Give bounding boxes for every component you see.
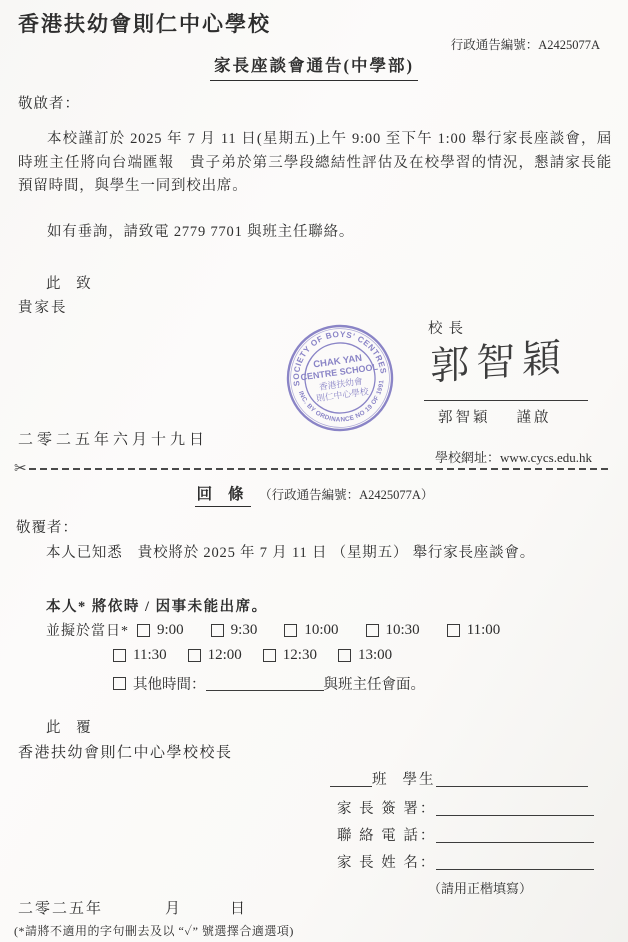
time-option-1100: 11:00 — [447, 622, 501, 639]
other-time-suffix: 與班主任會面。 — [324, 673, 426, 694]
time-option-1230: 12:30 — [263, 647, 317, 664]
time-option-1130: 11:30 — [113, 647, 167, 664]
time-label: 11:30 — [133, 647, 167, 664]
parent-name-blank-field[interactable] — [436, 855, 594, 870]
signature-line — [424, 400, 588, 401]
time-option-900: 9:00 — [137, 622, 184, 639]
other-time-label: 其他時間： — [133, 673, 206, 694]
letter-addressee: 貴家長 — [18, 296, 68, 317]
time-option-1200: 12:00 — [188, 647, 242, 664]
reply-slip-notice-number: （行政通告編號：A2425077A） — [259, 488, 433, 502]
contact-phone-label: 聯 絡 電 話： — [337, 828, 436, 844]
parent-signature-label: 家 長 簽 署： — [337, 801, 436, 817]
reply-closing: 此 覆 — [46, 716, 97, 737]
reply-acknowledgement: 本人已知悉 貴校將於 2025 年 7 月 11 日 （星期五） 舉行家長座談會… — [46, 541, 535, 562]
time-label: 12:30 — [283, 647, 317, 664]
parent-name-row: 家 長 姓 名： — [337, 851, 594, 872]
reply-slip-title-row: 回 條 （行政通告編號：A2425077A） — [0, 482, 628, 504]
time-option-1300: 13:00 — [338, 647, 392, 664]
school-stamp: SOCIETY OF BOYS' CENTRES INC. BY ORDINAN… — [277, 315, 403, 441]
time-label: 9:30 — [231, 622, 258, 639]
time-option-930: 9:30 — [211, 622, 258, 639]
cut-here-line: ✂ — [14, 461, 612, 477]
attendance-choice-line: 本人* 將依時 / 因事未能出席。 — [46, 595, 268, 616]
checkbox-1000[interactable] — [284, 624, 297, 637]
other-time-row: 其他時間： 與班主任會面。 — [113, 673, 425, 694]
checkbox-other-time[interactable] — [113, 677, 126, 690]
class-student-row: 班學生 — [330, 768, 588, 789]
contact-phone-blank-field[interactable] — [436, 828, 594, 843]
scanned-notice-page: 香港扶幼會則仁中心學校 行政通告編號：A2425077A 家長座談會通告(中學部… — [0, 0, 628, 942]
time-label: 10:30 — [386, 622, 420, 639]
checkbox-930[interactable] — [211, 624, 224, 637]
title-row: 家長座談會通告(中學部) — [0, 52, 628, 81]
signature-printed-name: 郭智穎謹啟 — [438, 406, 552, 427]
parent-signature-blank-field[interactable] — [436, 801, 594, 816]
time-label: 13:00 — [358, 647, 392, 664]
letter-paragraph-1: 本校謹訂於 2025 年 7 月 11 日(星期五)上午 9:00 至下午 1:… — [18, 128, 612, 199]
time-option-1030: 10:30 — [366, 622, 420, 639]
footnote-instructions: (*請將不適用的字句刪去及以 “✓” 號選擇合適選項) — [14, 922, 294, 939]
time-prefix-label: 並擬於當日* — [46, 620, 129, 640]
admin-notice-number: 行政通告編號：A2425077A — [451, 35, 600, 53]
page-title: 家長座談會通告(中學部) — [210, 52, 418, 81]
class-blank-field[interactable] — [330, 772, 372, 787]
class-suffix-label: 班 — [372, 772, 389, 788]
reply-date-month: 月 — [165, 901, 182, 917]
other-time-blank-field[interactable] — [206, 676, 324, 691]
parent-signature-row: 家 長 簽 署： — [337, 797, 594, 818]
principal-signature-handwriting: 郭智穎 — [430, 324, 595, 392]
time-options-row-1: 並擬於當日* 9:00 9:30 10:00 10:30 11:00 — [46, 620, 527, 640]
checkbox-1030[interactable] — [366, 624, 379, 637]
letter-paragraph-2: 如有垂詢，請致電 2779 7701 與班主任聯絡。 — [18, 220, 612, 241]
time-options-row-2: 11:30 12:00 12:30 13:00 — [113, 647, 413, 664]
parent-name-label: 家 長 姓 名： — [337, 855, 436, 871]
issue-date: 二零二五年六月十九日 — [18, 428, 208, 449]
reply-addressee-principal: 香港扶幼會則仁中心學校校長 — [18, 741, 233, 762]
letter-salutation: 敬啟者： — [18, 92, 80, 113]
checkbox-1200[interactable] — [188, 649, 201, 662]
signature-suffix: 謹啟 — [517, 410, 552, 426]
school-name: 香港扶幼會則仁中心學校 — [18, 8, 271, 38]
contact-phone-row: 聯 絡 電 話： — [337, 824, 594, 845]
signature-name: 郭智穎 — [438, 410, 491, 426]
student-label: 學生 — [403, 772, 436, 788]
time-label: 10:00 — [304, 622, 338, 639]
reply-slip-title: 回 條 — [195, 486, 252, 507]
reply-date-day: 日 — [230, 901, 247, 917]
reply-date-year: 二零二五年 — [18, 901, 103, 917]
time-label: 11:00 — [467, 622, 501, 639]
time-label: 12:00 — [208, 647, 242, 664]
scissors-icon: ✂ — [14, 462, 27, 477]
time-option-1000: 10:00 — [284, 622, 338, 639]
checkbox-1100[interactable] — [447, 624, 460, 637]
dashed-cut-line — [29, 468, 612, 470]
school-stamp-seal: SOCIETY OF BOYS' CENTRES INC. BY ORDINAN… — [277, 315, 403, 441]
student-name-blank-field[interactable] — [436, 772, 588, 787]
time-label: 9:00 — [157, 622, 184, 639]
reply-salutation: 敬覆者： — [16, 516, 78, 537]
checkbox-900[interactable] — [137, 624, 150, 637]
checkbox-1130[interactable] — [113, 649, 126, 662]
reply-date-row: 二零二五年月日 — [18, 897, 247, 918]
checkbox-1230[interactable] — [263, 649, 276, 662]
checkbox-1300[interactable] — [338, 649, 351, 662]
block-letters-note: （請用正楷填寫） — [428, 878, 532, 897]
letter-closing: 此 致 — [46, 272, 97, 293]
